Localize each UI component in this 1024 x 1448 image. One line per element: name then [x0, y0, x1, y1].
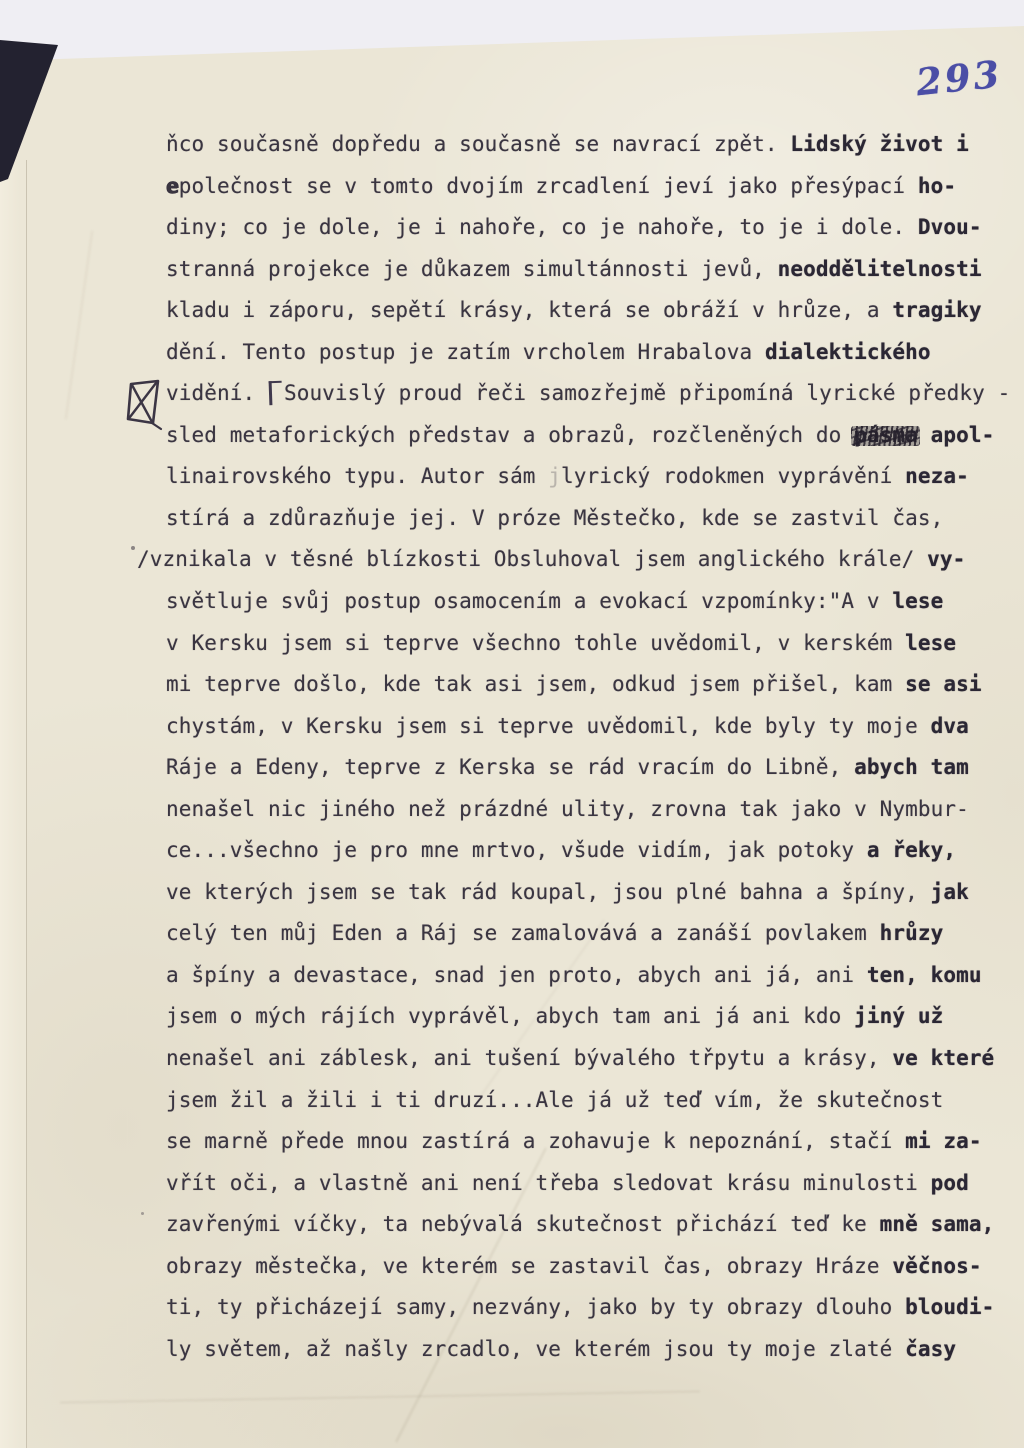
typescript-text-block: ňco současně dopředu a současně se navra… [166, 124, 1006, 1370]
paper-crease [65, 231, 93, 419]
typescript-line: ly světem, až našly zrcadlo, ve kterém j… [166, 1329, 1006, 1371]
typescript-line: linairovského typu. Autor sám jlyrický r… [166, 456, 1006, 498]
typescript-line: epolečnost se v tomto dvojím zrcadlení j… [166, 166, 1006, 208]
typescript-line: zavřenými víčky, ta nebývalá skutečnost … [166, 1204, 1006, 1246]
typescript-line: v Kersku jsem si teprve všechno tohle uv… [166, 623, 1006, 665]
typescript-paper: 293 ňco současně dopředu a současně se n… [0, 0, 1024, 1448]
typescript-line: stranná projekce je důkazem simultánnost… [166, 249, 1006, 291]
typescript-line: ve kterých jsem se tak rád koupal, jsou … [166, 872, 1006, 914]
typescript-line: celý ten můj Eden a Ráj se zamalovává a … [166, 913, 1006, 955]
typescript-line: se marně přede mnou zastírá a zohavuje k… [166, 1121, 1006, 1163]
typescript-line: /vznikala v těsné blízkosti Obsluhoval j… [137, 539, 1006, 581]
scanned-typescript-page: 293 ňco současně dopředu a současně se n… [0, 0, 1024, 1448]
typescript-line: sled metaforických představ a obrazů, ro… [166, 415, 1006, 457]
stray-ink-dot [131, 546, 135, 550]
typescript-line: nenašel ani záblesk, ani tušení bývalého… [166, 1038, 1006, 1080]
typescript-line: ti, ty přicházejí samy, nezvány, jako by… [166, 1287, 1006, 1329]
stray-ink-dot [141, 1212, 144, 1215]
typescript-line: mi teprve došlo, kde tak asi jsem, odkud… [166, 664, 1006, 706]
typescript-line: nenašel nic jiného než prázdné ulity, zr… [166, 789, 1006, 831]
handwritten-page-number: 293 [914, 52, 1004, 105]
typescript-line: stírá a zdůrazňuje jej. V próze Městečko… [166, 498, 1006, 540]
typescript-line: a špíny a devastace, snad jen proto, aby… [166, 955, 1006, 997]
typescript-line: dění. Tento postup je zatím vrcholem Hra… [166, 332, 1006, 374]
typescript-line: světluje svůj postup osamocením a evokac… [166, 581, 1006, 623]
typescript-line: obrazy městečka, ve kterém se zastavil č… [166, 1246, 1006, 1288]
typescript-line: jsem o mých rájích vyprávěl, abych tam a… [166, 996, 1006, 1038]
margin-boxed-x-mark [122, 378, 166, 432]
typescript-line: Ráje a Edeny, teprve z Kerska se rád vra… [166, 747, 1006, 789]
typescript-line: kladu i záporu, sepětí krásy, která se o… [166, 290, 1006, 332]
paper-crease [60, 1390, 700, 1403]
typescript-line: chystám, v Kersku jsem si teprve uvědomi… [166, 706, 1006, 748]
paper-left-fold-edge [0, 160, 27, 1448]
typescript-line: vidění. Souvislý proud řeči samozřejmě p… [166, 373, 1006, 415]
typescript-line: ce...všechno je pro mne mrtvo, všude vid… [166, 830, 1006, 872]
typescript-line: ňco současně dopředu a současně se navra… [166, 124, 1006, 166]
typescript-line: diny; co je dole, je i nahoře, co je nah… [166, 207, 1006, 249]
typescript-line: vřít oči, a vlastně ani není třeba sledo… [166, 1163, 1006, 1205]
typescript-line: jsem žil a žili i ti druzí...Ale já už t… [166, 1080, 1006, 1122]
